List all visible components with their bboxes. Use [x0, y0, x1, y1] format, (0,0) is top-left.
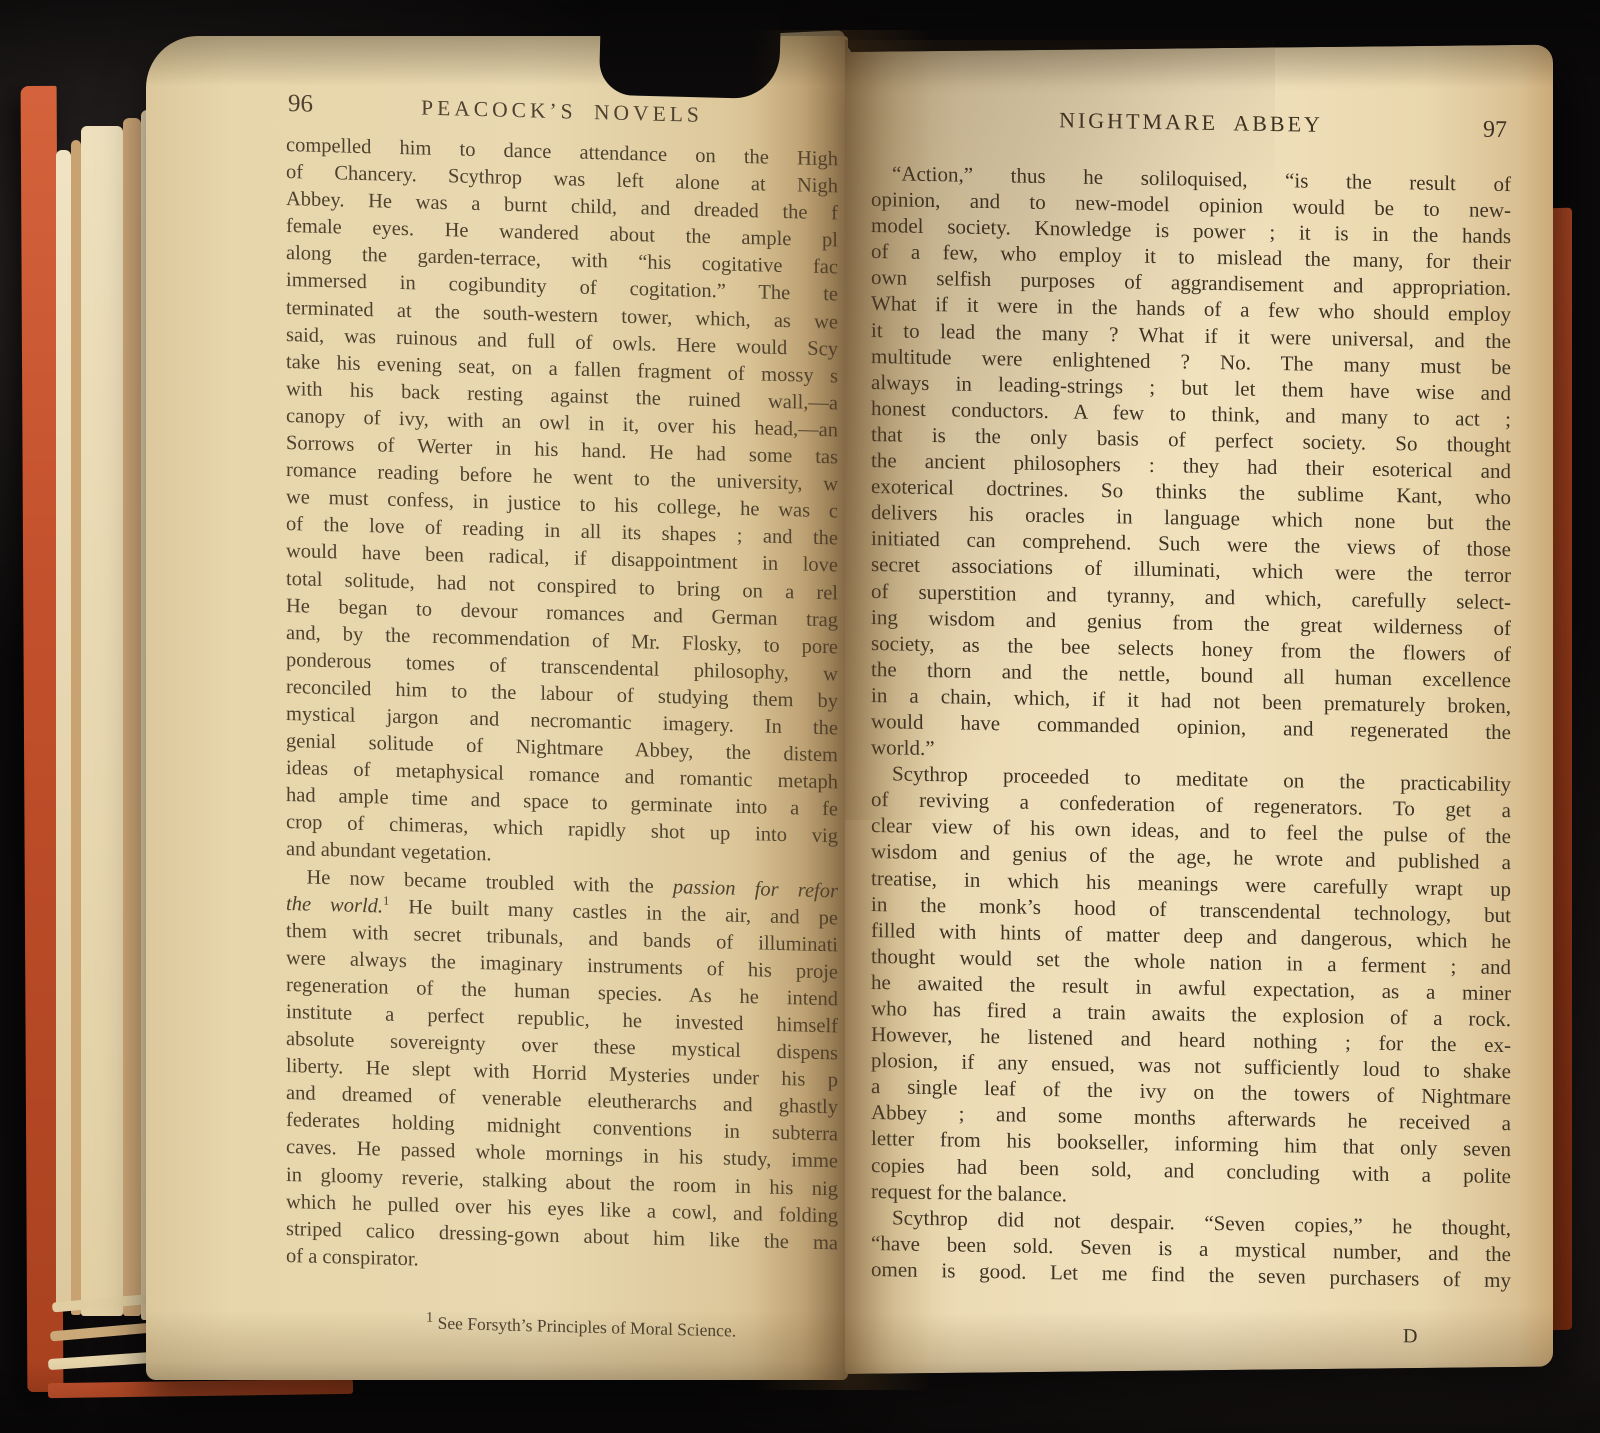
- page-edge-strip: [56, 150, 71, 1310]
- left-page-text: 96 PEACOCK’S NOVELS compelled him to dan…: [286, 92, 838, 1344]
- left-page-body: compelled him to dance attendance on the…: [286, 132, 838, 1284]
- photo-background: 96 PEACOCK’S NOVELS compelled him to dan…: [0, 0, 1600, 1433]
- page-edge-strip: [123, 118, 141, 1316]
- page-number-left: 96: [288, 90, 313, 119]
- gutter-top-shadow: [599, 0, 781, 99]
- book-cover-bottom-edge: [48, 1379, 353, 1398]
- page-number-right: 97: [1483, 117, 1507, 144]
- page-edge-strip: [81, 126, 123, 1316]
- right-page-header: NIGHTMARE ABBEY 97: [871, 104, 1511, 171]
- running-header-right: NIGHTMARE ABBEY: [1059, 107, 1323, 137]
- right-page-body: “Action,” thus he soliloquised, “is the …: [871, 160, 1511, 1293]
- page-edge-strip: [71, 140, 81, 1315]
- right-page-text: NIGHTMARE ABBEY 97 “Action,” thus he sol…: [871, 104, 1511, 1350]
